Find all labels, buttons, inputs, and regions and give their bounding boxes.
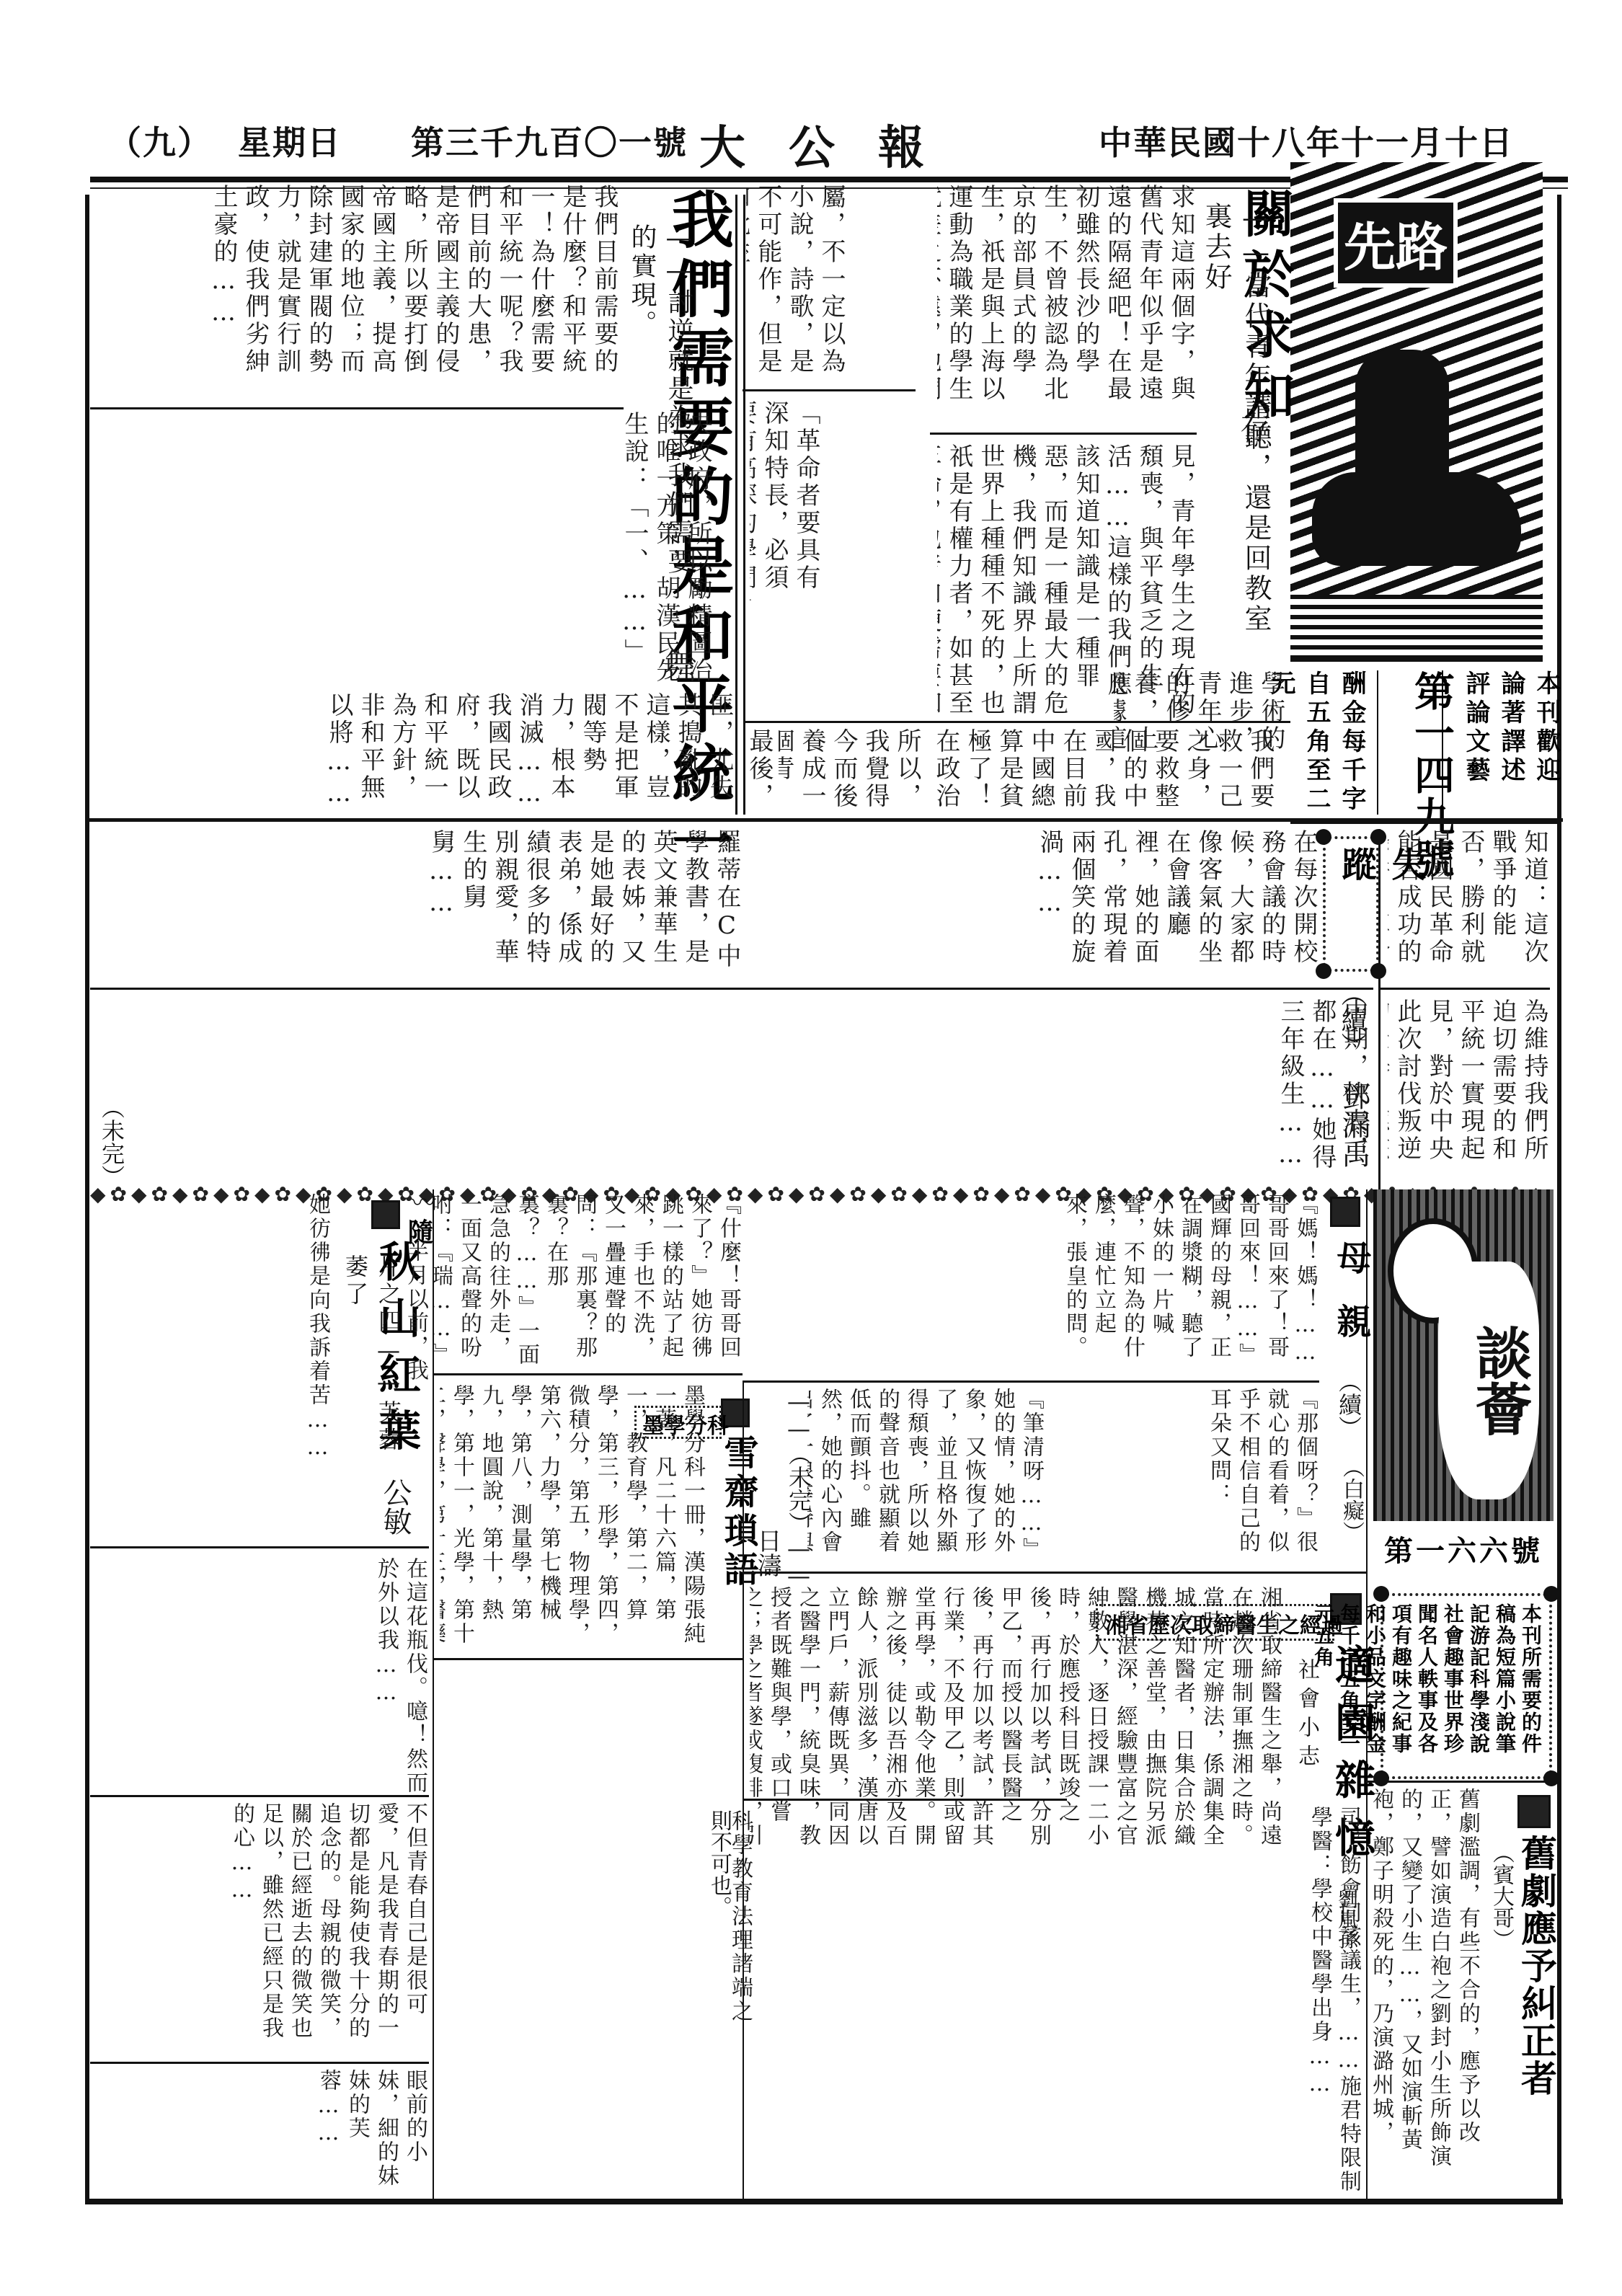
- section-rule-1: [85, 818, 1563, 822]
- tanhui-issue-number: 第一六六號: [1377, 1528, 1550, 1569]
- qiuzhi-paragraph-5: 在目前中國總算是貧極了！在政治建設，社會建設，心理建設，教育建設上，都是缺乏之極…: [930, 728, 1089, 815]
- muqin-to-be-continued: ——（未完）——: [782, 1388, 815, 1590]
- xianlu-notice-submission: 本刊歡迎論著譯述評論文藝: [1492, 670, 1564, 800]
- jiuju-author: （賓大哥）: [1485, 1842, 1517, 1950]
- section-marker-icon: [1330, 1197, 1360, 1227]
- xianlu-logo: 先路: [1334, 198, 1458, 288]
- shizong-paragraph-1: 在每次開校務會議的時候，大家都像客氣的坐在會議廳裡，她的面孔，常現着兩個笑的旋渦…: [750, 829, 1319, 984]
- qiushan-paragraph-3: 在這花瓶伐。噫！然而於外以我……: [94, 1557, 429, 1795]
- qiushan-paragraph-2: 她彷彿是向我訴着苦……: [94, 1193, 332, 1539]
- tanhui-notice: 本刊所需要的件稿為短篇小說筆記游記科學淺說社會趣事世界珍聞名人軼事及各項有趣味之…: [1389, 1603, 1543, 1769]
- qiuzhi-author: 存: [1229, 411, 1275, 443]
- muqin-author: （白癡）: [1335, 1456, 1367, 1543]
- muqin-dialogue-4: 『那個呀？』很就心的看着，似乎不相信自己的耳朵又問：: [1052, 1388, 1319, 1561]
- gemingzhe-quote: 「革命者要具有深知特長，必須要有高深的學問」戴季: [750, 400, 822, 616]
- masthead: 中華民國十八年十一月十日 大公報 第三千九百〇一號 星期日 （九）: [108, 108, 1514, 166]
- gemingzhe-lead: 屬，不一定以為小說，詩歌，是不可能作，但是如此益: [746, 184, 847, 386]
- xuezhai-author: 日濤: [750, 1528, 785, 1577]
- qiushan-subtitle: 片之四——芙蓉萎了: [339, 1254, 405, 1471]
- heping-paragraph-1: 我們目前需要的是什麼？和平統一！為什麼需要和平統一呢？我們目前的大患，是帝國主義…: [94, 184, 620, 400]
- left-border: [85, 195, 89, 2199]
- shizong-to-be-continued: （未完）: [95, 1096, 128, 1188]
- horse-figure-icon: [1312, 472, 1521, 566]
- masthead-title: 大公報: [699, 111, 967, 177]
- muqin-dialogue-6: 『筆清呀……』她的情，她的外象，又恢復了形了，並且格外顯得頹喪，所以她的聲音也就…: [807, 1388, 1045, 1561]
- jiuju-paragraph-1: 舊劇濫調，有些不合的，應予以改正，譬如演造白袍之劉封小生所飾演的，又變了小生………: [1373, 1788, 1481, 2191]
- bottom-rule: [85, 2199, 1563, 2204]
- shiyuan-tag: 社會小志: [1290, 1658, 1322, 1773]
- tanhui-logo: 談薈: [1438, 1262, 1539, 1499]
- muqin-dialogue-3: 『什麼！哥哥回來了？』她彷彿跳一樣的站了起來，手也不洗，又一疊連聲的問：『那裏？…: [433, 1193, 743, 1370]
- masthead-page-number: （九）: [108, 117, 212, 164]
- muqin-dialogue-1: 『媽！媽！……哥哥回來了！哥哥回來！……』國輝的母親，正在調漿糊，聽了小妹的一片…: [750, 1193, 1319, 1370]
- xianlu-notice-fee: 酬金每千字自五角至二元: [1305, 670, 1370, 815]
- masthead-issue: 第三千九百〇一號: [411, 117, 688, 164]
- qiuzhi-paragraph-1: 求知這兩個字，與舊代青年似乎是遠遠的隔絕吧！在最初雖然長沙的學生，不曾被認為北京…: [937, 184, 1197, 429]
- shizong-title: 失蹤: [1331, 846, 1431, 969]
- heping-paragraph-2: 央政府，所以勵精圖治的唯一方策，胡漢民先生說：「一、……」: [94, 411, 714, 685]
- qiushan-paragraph-5: 眼前的小妹，細的妹妹的芙蓉……: [94, 2069, 429, 2195]
- masthead-weekday: 星期日: [238, 117, 342, 164]
- tanhui-woodcut-illustration: 談薈: [1373, 1189, 1554, 1521]
- qiuzhi-paragraph-6: 所以，我覺得今而後養成一個青年，就是在儘量促成他們導一種求學的嗜好，來挽救着我們…: [779, 728, 923, 815]
- xuezhai-paragraph-1: 墨學分科一冊，漢陽張純一著，凡二十六篇，第一，教育學，第二，算學，第三，形學，第…: [440, 1384, 706, 1658]
- shizong-paragraph-3: 中期，快表，都在……她得三年級生……: [94, 998, 1370, 1179]
- muqin-cont-label: （續）: [1332, 1370, 1365, 1439]
- muqin-title: 母親: [1326, 1240, 1376, 1367]
- section-marker-icon: [371, 1200, 400, 1229]
- jiuju-title: 舊劇應予糾正者: [1510, 1835, 1562, 2097]
- heping-paragraph-3: 匪，尤失其搗亂的這樣，豈不是把軍閥等勢力，根本消滅……我國民政府，既以和平統一為…: [94, 692, 735, 815]
- qiushan-paragraph-1: 半月以前，我曾不……了。: [404, 1240, 430, 1384]
- qiushan-author: 公敏: [375, 1478, 416, 1535]
- qiuzhi-paragraph-7: 最後，我便希望青年學生，自動的走回教室裏去！: [743, 728, 775, 815]
- tanhui-notice-box: 本刊所需要的件稿為短篇小說筆記游記科學淺說社會趣事世界珍聞名人軼事及各項有趣味之…: [1381, 1593, 1552, 1779]
- shizong-title-box: 失蹤: [1323, 836, 1379, 972]
- qiuzhi-paragraph-4: 我們要救一己之身，要救整個的中國，我以為這是福國利民的。: [1096, 728, 1276, 815]
- shiyuan-paragraph-2: 司，飭會同該議生，……施君特限制學醫：學校中醫學出身……: [750, 1806, 1362, 2195]
- section-marker-icon: [1517, 1795, 1551, 1828]
- qiushan-paragraph-4: 不但青春自己是很可愛，凡是我青春期的一切都是能夠使我十分的追念的。母親的微笑，關…: [94, 1802, 429, 2055]
- xianlu-woodcut-illustration: 先路: [1290, 162, 1543, 660]
- shizong-paragraph-2: 羅蒂在C中學教書，是英文兼華生的表姊，又是她最好的表弟，係成績很多的特別親愛，華…: [94, 829, 743, 984]
- wave-ornament-icon: 〰: [404, 1189, 439, 1213]
- masthead-date: 中華民國十八年十一月十日: [1099, 117, 1514, 164]
- taoni-paragraph-2: 為維持我們所迫切需要的和平統一實現起見，對於中央此次討伐叛逆的壯舉，應該大家團結…: [1388, 998, 1550, 1179]
